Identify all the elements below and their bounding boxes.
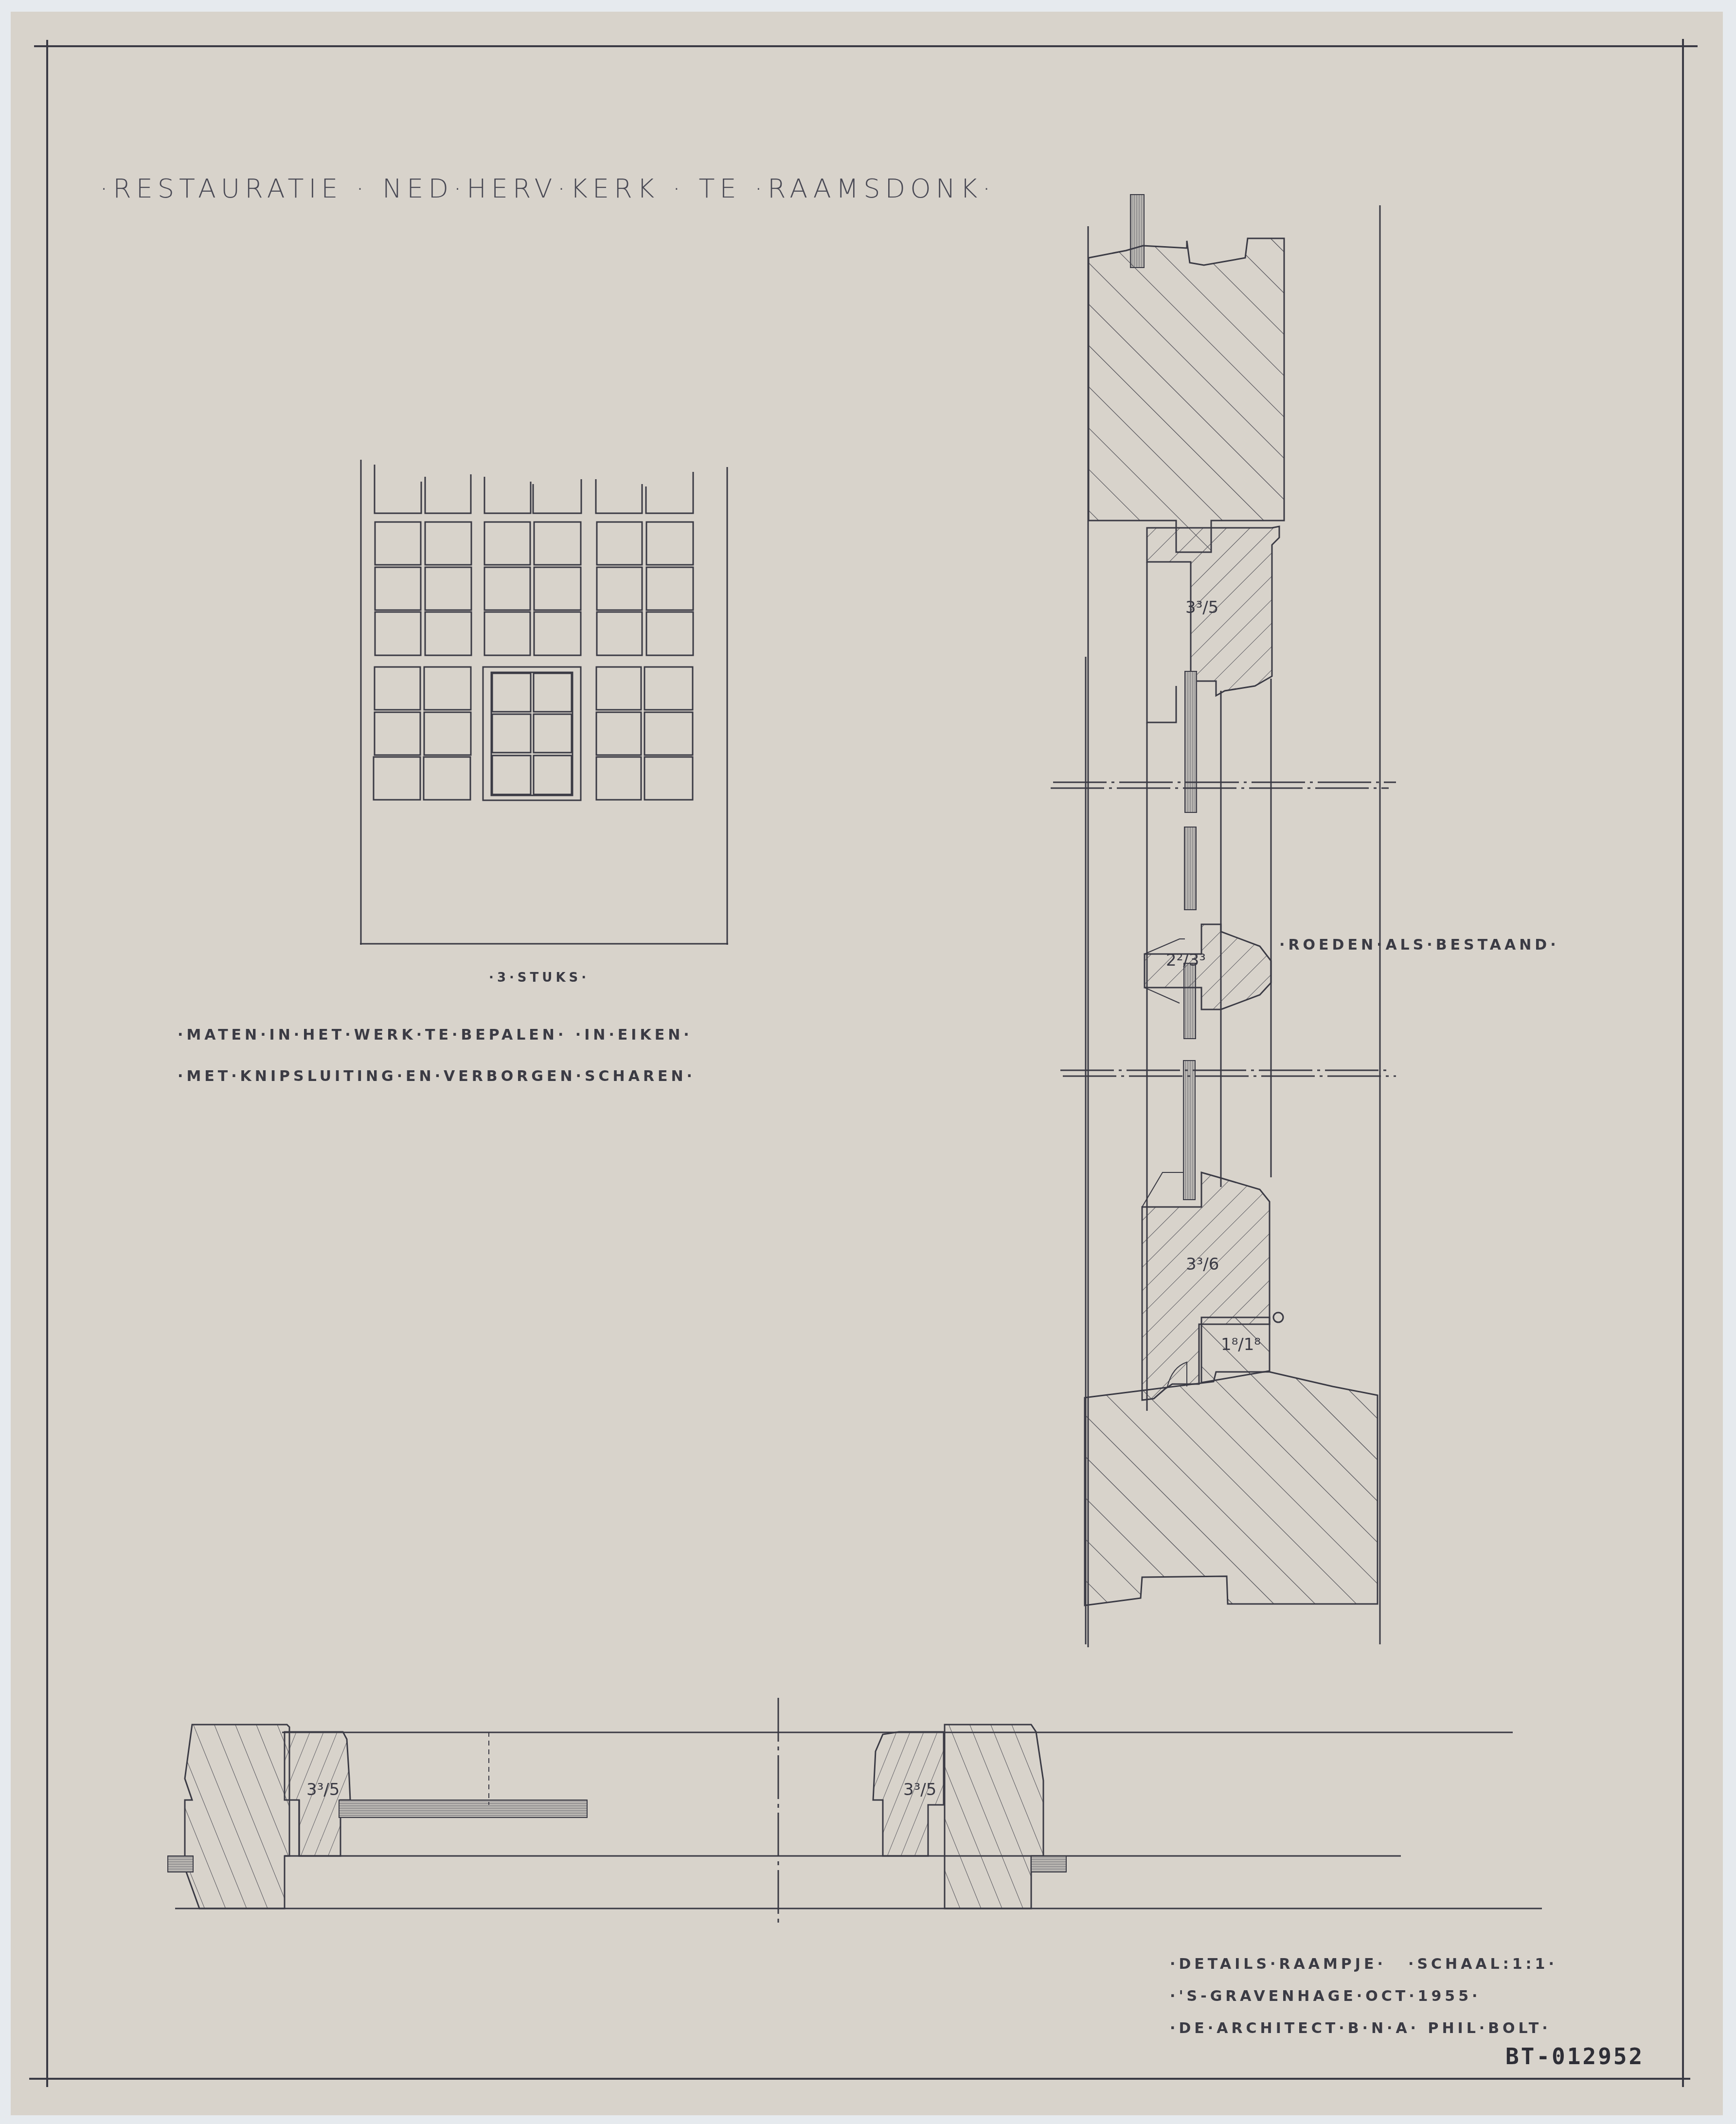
elevation-upper-panes	[375, 522, 693, 655]
quantity-label: ·3·STUKS·	[489, 971, 590, 985]
title-block-subject: ·DETAILS·RAAMPJE·	[1170, 1956, 1386, 1973]
drawing-title: ·RESTAURATIE · NED·HERV·KERK · TE ·RAAMS…	[100, 173, 996, 204]
technical-drawing: 3³/5 2²/3³ 3³/6 1⁸/1⁸	[0, 0, 1736, 2124]
note-hardware: ·MET·KNIPSLUITING·EN·VERBORGEN·SCHAREN·	[178, 1068, 696, 1085]
dim-sill-strip: 1⁸/1⁸	[1221, 1335, 1261, 1354]
title-block-place-date: ·'S-GRAVENHAGE·OCT·1955·	[1170, 1988, 1481, 2005]
window-elevation	[360, 460, 728, 945]
vertical-section: 3³/5 2²/3³ 3³/6 1⁸/1⁸	[1051, 195, 1396, 1647]
elevation-top-stubs	[375, 465, 693, 513]
dim-left-stile: 3³/5	[306, 1780, 340, 1800]
dim-glazing-bar: 2²/3³	[1166, 951, 1206, 970]
title-block-scale: ·SCHAAL:1:1·	[1408, 1956, 1557, 1973]
note-dimensions: ·MATEN·IN·HET·WERK·TE·BEPALEN· ·IN·EIKEN…	[178, 1026, 693, 1044]
annotation-glazing-bars: ·ROEDEN·ALS·BESTAAND·	[1279, 936, 1559, 954]
title-block-architect: ·DE·ARCHITECT·B·N·A· PHIL·BOLT·	[1170, 2020, 1551, 2037]
dim-top-rail: 3³/5	[1185, 598, 1218, 617]
elevation-center-sash	[483, 667, 581, 800]
break-lines	[1051, 782, 1396, 1076]
dim-right-stile: 3³/5	[903, 1780, 936, 1800]
dim-bottom-rail: 3³/6	[1186, 1255, 1219, 1274]
horizontal-section-right	[1206, 1732, 1272, 1856]
archive-number: BT-012952	[1505, 2043, 1644, 2070]
horizontal-section: 3³/5 3³/5	[168, 1698, 1542, 1926]
